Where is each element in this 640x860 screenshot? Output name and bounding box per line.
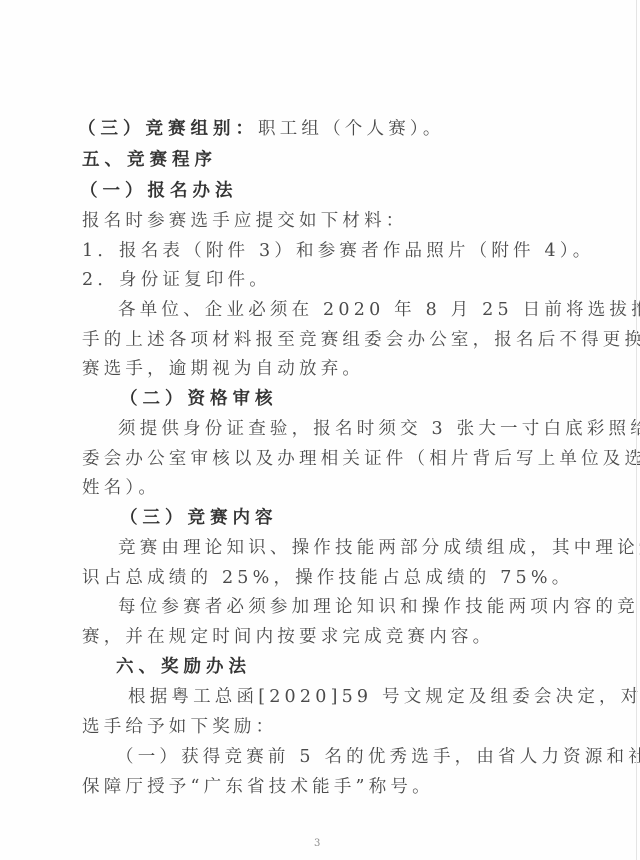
list-item-registration-form: 1．报名表（附件 3）和参赛者作品照片（附件 4）。 <box>82 240 552 262</box>
paragraph-line: 姓名）。 <box>82 477 552 499</box>
section-group-value: 职工组（个人赛）。 <box>258 119 445 139</box>
paragraph-line: 报名时参赛选手应提交如下材料： <box>82 210 552 232</box>
heading-competition-procedure: 五、竞赛程序 <box>82 149 552 171</box>
heading-qualification-review: （二）资格审核 <box>120 388 590 410</box>
list-item-id-copy: 2．身份证复印件。 <box>82 269 552 291</box>
heading-competition-content: （三）竞赛内容 <box>120 507 590 529</box>
paragraph-line: 选手给予如下奖励： <box>82 716 552 738</box>
page-number: 3 <box>314 838 320 849</box>
paragraph-line: 保障厅授予“广东省技术能手”称号。 <box>82 776 552 798</box>
section-group-heading: （三）竞赛组别： <box>78 119 258 139</box>
paragraph-line: 竞赛由理论知识、操作技能两部分成绩组成，其中理论知 <box>118 537 588 559</box>
document-page: （三）竞赛组别：职工组（个人赛）。 五、竞赛程序 （一）报名办法 报名时参赛选手… <box>0 0 640 860</box>
heading-registration-method: （一）报名办法 <box>80 180 550 202</box>
scan-edge-line <box>636 0 637 860</box>
paragraph-line: 须提供身份证查验，报名时须交 3 张大一寸白底彩照给组 <box>118 418 588 440</box>
paragraph-line: 每位参赛者必须参加理论知识和操作技能两项内容的竞 <box>118 596 588 618</box>
paragraph-line: （一）获得竞赛前 5 名的优秀选手，由省人力资源和社会 <box>116 746 586 768</box>
paragraph-line: 根据粤工总函[2020]59 号文规定及组委会决定，对参赛 <box>128 686 598 708</box>
heading-reward-method: 六、奖励办法 <box>116 656 586 678</box>
paragraph-line: 各单位、企业必须在 2020 年 8 月 25 日前将选拔推荐的选 <box>118 299 588 321</box>
paragraph-line: 赛选手，逾期视为自动放弃。 <box>82 358 552 380</box>
paragraph-line: 识占总成绩的 25%，操作技能占总成绩的 75%。 <box>82 567 552 589</box>
section-group-line: （三）竞赛组别：职工组（个人赛）。 <box>78 118 548 140</box>
paragraph-line: 委会办公室审核以及办理相关证件（相片背后写上单位及选手 <box>82 448 552 470</box>
paragraph-line: 手的上述各项材料报至竞赛组委会办公室，报名后不得更换参 <box>82 329 552 351</box>
paragraph-line: 赛，并在规定时间内按要求完成竞赛内容。 <box>82 626 552 648</box>
